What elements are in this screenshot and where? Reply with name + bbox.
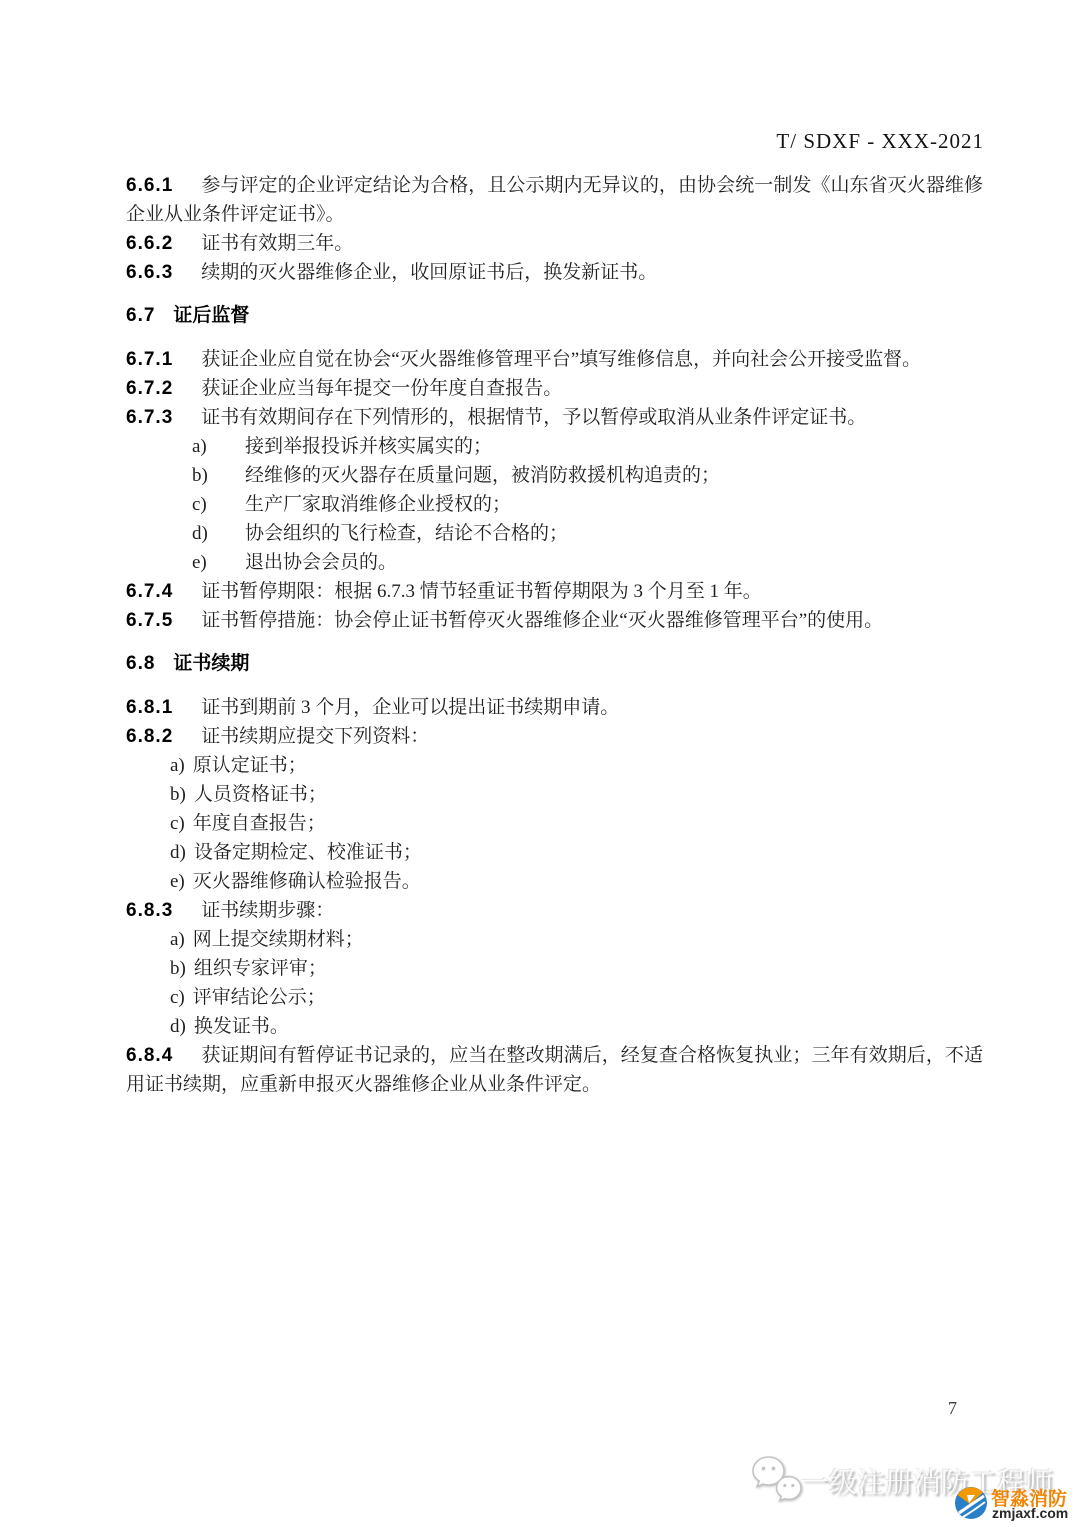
clause-text: 获证企业应当每年提交一份年度自查报告。 [201, 378, 562, 399]
clause-text: 参与评定的企业评定结论为合格，且公示期内无异议的，由协会统一制发《山东省灭火器维… [126, 175, 983, 225]
list-letter: e) [170, 867, 185, 896]
list-text: 评审结论公示； [193, 987, 326, 1008]
list-letter: d) [192, 519, 245, 548]
clause-6-7-5: 6.7.5证书暂停措施：协会停止证书暂停灭火器维修企业“灭火器维修管理平台”的使… [126, 606, 983, 635]
list-6-8-2: a)原认定证书； b)人员资格证书； c)年度自查报告； d)设备定期检定、校准… [126, 751, 983, 896]
clause-6-6-1: 6.6.1参与评定的企业评定结论为合格，且公示期内无异议的，由协会统一制发《山东… [126, 171, 983, 229]
standard-code: T/ SDXF - XXX-2021 [776, 129, 984, 154]
section-heading-6-7: 6.7证后监督 [126, 301, 983, 331]
list-item: d)换发证书。 [126, 1012, 983, 1041]
clause-number: 6.8.2 [126, 726, 173, 747]
list-letter: e) [192, 548, 245, 577]
section-heading-6-8: 6.8证书续期 [126, 649, 983, 679]
clause-number: 6.8.1 [126, 697, 173, 718]
clause-number: 6.7.2 [126, 378, 173, 399]
clause-6-8-1: 6.8.1证书到期前 3 个月，企业可以提出证书续期申请。 [126, 693, 983, 722]
section-title: 证书续期 [173, 653, 249, 674]
list-text: 协会组织的飞行检查，结论不合格的； [245, 523, 568, 544]
list-text: 经维修的灭火器存在质量问题，被消防救援机构追责的； [245, 465, 720, 486]
list-item: d)协会组织的飞行检查，结论不合格的； [126, 519, 983, 548]
clause-number: 6.6.1 [126, 175, 173, 196]
clause-number: 6.6.2 [126, 233, 173, 254]
document-body: 6.6.1参与评定的企业评定结论为合格，且公示期内无异议的，由协会统一制发《山东… [126, 171, 983, 1099]
list-item: b)人员资格证书； [126, 780, 983, 809]
list-text: 设备定期检定、校准证书； [194, 842, 422, 863]
clause-6-6-3: 6.6.3续期的灭火器维修企业，收回原证书后，换发新证书。 [126, 258, 983, 287]
list-text: 灭火器维修确认检验报告。 [193, 871, 421, 892]
clause-text: 证书有效期间存在下列情形的，根据情节，予以暂停或取消从业条件评定证书。 [201, 407, 866, 428]
list-item: c)评审结论公示； [126, 983, 983, 1012]
list-text: 人员资格证书； [194, 784, 327, 805]
clause-text: 获证企业应自觉在协会“灭火器维修管理平台”填写维修信息，并向社会公开接受监督。 [201, 349, 921, 370]
clause-6-7-2: 6.7.2获证企业应当每年提交一份年度自查报告。 [126, 374, 983, 403]
clause-6-7-3: 6.7.3证书有效期间存在下列情形的，根据情节，予以暂停或取消从业条件评定证书。 [126, 403, 983, 432]
footer-watermark: 一级注册消防工程师 智淼消防 zmjaxf.com [0, 1448, 1080, 1527]
zmjaxf-logo-site: zmjaxf.com [992, 1505, 1068, 1521]
section-title: 证后监督 [173, 305, 249, 326]
list-item: a)网上提交续期材料； [126, 925, 983, 954]
list-text: 组织专家评审； [194, 958, 327, 979]
list-letter: c) [170, 809, 185, 838]
list-item: e)退出协会会员的。 [126, 548, 983, 577]
list-letter: d) [170, 1012, 186, 1041]
list-text: 换发证书。 [194, 1016, 289, 1037]
list-letter: b) [170, 780, 186, 809]
list-item: a)原认定证书； [126, 751, 983, 780]
clause-number: 6.8.4 [126, 1045, 173, 1066]
list-text: 退出协会会员的。 [245, 552, 397, 573]
list-text: 年度自查报告； [193, 813, 326, 834]
list-item: d)设备定期检定、校准证书； [126, 838, 983, 867]
list-item: c)生产厂家取消维修企业授权的； [126, 490, 983, 519]
list-letter: d) [170, 838, 186, 867]
clause-text: 证书暂停措施：协会停止证书暂停灭火器维修企业“灭火器维修管理平台”的使用。 [201, 610, 883, 631]
list-item: b)经维修的灭火器存在质量问题，被消防救援机构追责的； [126, 461, 983, 490]
section-number: 6.8 [126, 653, 155, 674]
clause-6-6-2: 6.6.2证书有效期三年。 [126, 229, 983, 258]
clause-6-8-4: 6.8.4获证期间有暂停证书记录的，应当在整改期满后，经复查合格恢复执业；三年有… [126, 1041, 983, 1099]
list-letter: a) [192, 432, 245, 461]
list-letter: c) [192, 490, 245, 519]
list-letter: a) [170, 751, 185, 780]
zmjaxf-logo: 智淼消防 zmjaxf.com [954, 1484, 1080, 1524]
clause-text: 证书续期应提交下列资料： [201, 726, 429, 747]
clause-text: 证书暂停期限：根据 6.7.3 情节轻重证书暂停期限为 3 个月至 1 年。 [201, 581, 762, 602]
clause-number: 6.7.4 [126, 581, 173, 602]
clause-text: 证书有效期三年。 [201, 233, 353, 254]
list-letter: c) [170, 983, 185, 1012]
list-text: 接到举报投诉并核实属实的； [245, 436, 492, 457]
page-number: 7 [948, 1398, 957, 1419]
clause-text: 续期的灭火器维修企业，收回原证书后，换发新证书。 [201, 262, 657, 283]
list-6-7-3: a)接到举报投诉并核实属实的； b)经维修的灭火器存在质量问题，被消防救援机构追… [126, 432, 983, 577]
clause-6-8-3: 6.8.3证书续期步骤： [126, 896, 983, 925]
clause-text: 证书到期前 3 个月，企业可以提出证书续期申请。 [201, 697, 619, 718]
clause-6-7-1: 6.7.1获证企业应自觉在协会“灭火器维修管理平台”填写维修信息，并向社会公开接… [126, 345, 983, 374]
list-item: c)年度自查报告； [126, 809, 983, 838]
clause-text: 证书续期步骤： [201, 900, 334, 921]
section-number: 6.7 [126, 305, 155, 326]
list-text: 原认定证书； [193, 755, 307, 776]
list-letter: b) [192, 461, 245, 490]
clause-number: 6.7.5 [126, 610, 173, 631]
clause-number: 6.8.3 [126, 900, 173, 921]
clause-number: 6.6.3 [126, 262, 173, 283]
clause-6-7-4: 6.7.4证书暂停期限：根据 6.7.3 情节轻重证书暂停期限为 3 个月至 1… [126, 577, 983, 606]
list-item: b)组织专家评审； [126, 954, 983, 983]
zmjaxf-logo-icon [954, 1486, 988, 1520]
wechat-icon [751, 1454, 803, 1510]
clause-number: 6.7.1 [126, 349, 173, 370]
list-item: e)灭火器维修确认检验报告。 [126, 867, 983, 896]
list-6-8-3: a)网上提交续期材料； b)组织专家评审； c)评审结论公示； d)换发证书。 [126, 925, 983, 1041]
clause-6-8-2: 6.8.2证书续期应提交下列资料： [126, 722, 983, 751]
list-letter: a) [170, 925, 185, 954]
clause-text: 获证期间有暂停证书记录的，应当在整改期满后，经复查合格恢复执业；三年有效期后，不… [126, 1045, 983, 1095]
list-letter: b) [170, 954, 186, 983]
clause-number: 6.7.3 [126, 407, 173, 428]
list-item: a)接到举报投诉并核实属实的； [126, 432, 983, 461]
list-text: 生产厂家取消维修企业授权的； [245, 494, 511, 515]
list-text: 网上提交续期材料； [193, 929, 364, 950]
